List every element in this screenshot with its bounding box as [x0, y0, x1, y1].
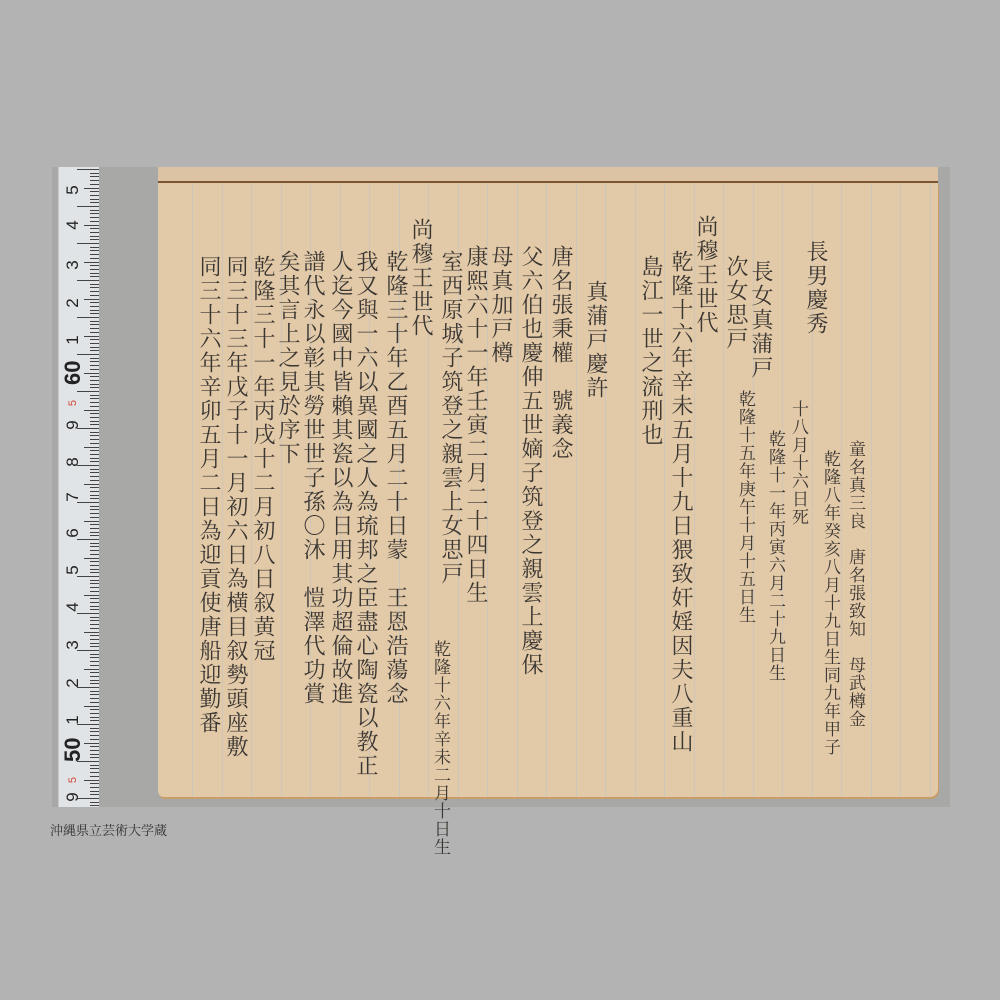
ruler-tick	[84, 484, 99, 485]
ruler-tick	[90, 506, 99, 507]
handwritten-column: 真蒲戸慶許	[583, 280, 607, 400]
ruler-tick	[90, 247, 99, 248]
ruler-tick	[90, 221, 99, 222]
ruler-tick	[90, 306, 99, 307]
ruler-tick	[90, 757, 99, 758]
ruler-tick	[90, 657, 99, 658]
handwritten-column: 乾隆十五年庚午十月十五日生	[733, 390, 757, 624]
ruler-tick	[90, 524, 99, 525]
ruler-tick	[90, 480, 99, 481]
ruler-tick	[90, 376, 99, 377]
ruler-tick	[84, 632, 99, 633]
ruler-tick	[90, 532, 99, 533]
ruler-tick	[77, 391, 99, 392]
ruler-label: 4	[63, 597, 83, 617]
ruler-tick	[90, 794, 99, 795]
ruler-tick	[90, 413, 99, 414]
ruler-tick	[90, 461, 99, 462]
page-rule-line	[635, 183, 636, 797]
ruler-tick	[90, 369, 99, 370]
ruler-tick	[90, 236, 99, 237]
ruler-tick	[90, 191, 99, 192]
ruler-tick	[84, 373, 99, 374]
ruler-tick	[90, 228, 99, 229]
ruler-tick	[90, 739, 99, 740]
ruler-tick	[90, 387, 99, 388]
ruler-tick	[90, 546, 99, 547]
ruler-tick	[90, 569, 99, 570]
ruler-tick	[90, 469, 99, 470]
ruler-tick	[90, 324, 99, 325]
ruler-tick	[90, 402, 99, 403]
handwritten-column: 長女真蒲戸	[748, 260, 772, 380]
ruler-label: 9	[63, 415, 83, 435]
ruler-tick	[90, 339, 99, 340]
ruler-tick	[90, 398, 99, 399]
collection-credit: 沖縄県立芸術大学蔵	[50, 820, 167, 839]
measuring-ruler: 543216059876543215059	[58, 167, 99, 807]
ruler-tick	[84, 262, 99, 263]
handwritten-column: 乾隆三十一年丙戌十二月初八日叙黄冠	[250, 255, 274, 663]
ruler-tick	[90, 802, 99, 803]
ruler-tick	[90, 609, 99, 610]
ruler-tick	[90, 180, 99, 181]
ruler-tick	[90, 694, 99, 695]
ruler-tick	[90, 239, 99, 240]
ruler-tick	[90, 598, 99, 599]
ruler-tick	[90, 232, 99, 233]
page-rule-line	[605, 183, 606, 797]
ruler-tick	[90, 184, 99, 185]
ruler-tick	[90, 495, 99, 496]
ruler-tick	[90, 287, 99, 288]
ruler-tick	[77, 243, 99, 244]
ruler-tick	[90, 754, 99, 755]
ruler-tick	[90, 513, 99, 514]
ruler-tick	[90, 683, 99, 684]
page-rule-line	[576, 183, 577, 797]
ruler-label: 2	[63, 293, 83, 313]
ruler-tick	[90, 731, 99, 732]
ruler-tick	[77, 169, 99, 170]
ruler-tick	[84, 780, 99, 781]
ruler-tick	[90, 561, 99, 562]
ruler-tick	[84, 595, 99, 596]
ruler-tick	[90, 628, 99, 629]
ruler-tick	[90, 258, 99, 259]
ruler-tick	[90, 720, 99, 721]
ruler-label: 9	[63, 787, 83, 807]
ruler-tick	[90, 528, 99, 529]
ruler-tick	[90, 273, 99, 274]
ruler-tick	[90, 535, 99, 536]
ruler-tick	[90, 435, 99, 436]
ruler-tick	[84, 188, 99, 189]
ruler-tick	[90, 432, 99, 433]
ruler-tick	[90, 210, 99, 211]
ruler-tick	[90, 776, 99, 777]
ruler-label: 3	[63, 635, 83, 655]
ruler-tick	[90, 750, 99, 751]
ruler-tick	[90, 202, 99, 203]
ruler-tick	[84, 669, 99, 670]
ruler-tick	[90, 217, 99, 218]
ruler-tick	[90, 295, 99, 296]
ruler-tick	[90, 591, 99, 592]
ruler-tick	[90, 313, 99, 314]
ruler-label: 4	[63, 215, 83, 235]
ruler-tick	[90, 602, 99, 603]
ruler-tick	[90, 284, 99, 285]
ruler-tick	[90, 213, 99, 214]
ruler-tick	[90, 698, 99, 699]
handwritten-column: 我又與一六以異國之人為琉邦之臣盡心陶瓷以教正	[353, 250, 377, 778]
ruler-tick	[90, 421, 99, 422]
ruler-tick	[90, 691, 99, 692]
handwritten-column: 譜代永以彰其勞世世子孫〇沐 愷澤代功賞	[300, 250, 324, 706]
ruler-tick	[90, 176, 99, 177]
ruler-tick	[90, 580, 99, 581]
ruler-tick	[84, 336, 99, 337]
ruler-tick	[90, 450, 99, 451]
handwritten-column: 乾隆十一年丙寅六月二十九日生	[763, 430, 787, 682]
ruler-tick	[90, 380, 99, 381]
handwritten-column: 同三十三年戊子十一月初六日為横目叙勢頭座敷	[223, 255, 247, 759]
ruler-tick	[77, 206, 99, 207]
ruler-tick	[90, 783, 99, 784]
handwritten-column: 乾隆三十年乙酉五月二十日蒙 王恩浩蕩念	[383, 250, 407, 706]
ruler-tick	[90, 768, 99, 769]
page-rule-line	[871, 183, 872, 797]
ruler-tick	[90, 587, 99, 588]
ruler-label: 50	[63, 742, 83, 762]
ruler-tick	[90, 554, 99, 555]
ruler-label: 1	[63, 710, 83, 730]
handwritten-column: 乾隆八年癸亥八月十九日生同九年甲子	[818, 450, 842, 756]
ruler-label: 5	[63, 393, 83, 413]
ruler-tick	[90, 509, 99, 510]
ruler-tick	[90, 617, 99, 618]
handwritten-column: 尚穆王世代	[408, 218, 432, 338]
ruler-tick	[90, 476, 99, 477]
ruler-tick	[90, 498, 99, 499]
ruler-tick	[90, 517, 99, 518]
ruler-tick	[90, 572, 99, 573]
ruler-tick	[90, 458, 99, 459]
ruler-label: 6	[63, 523, 83, 543]
ruler-tick	[90, 358, 99, 359]
ruler-tick	[90, 491, 99, 492]
ruler-tick	[90, 406, 99, 407]
ruler-tick	[90, 361, 99, 362]
ruler-label: 5	[63, 180, 83, 200]
ruler-tick	[90, 661, 99, 662]
ruler-tick	[84, 225, 99, 226]
ruler-tick	[90, 343, 99, 344]
ruler-tick	[90, 654, 99, 655]
ruler-tick	[90, 454, 99, 455]
ruler-tick	[90, 665, 99, 666]
ruler-tick	[90, 173, 99, 174]
handwritten-column: 十八月十六日死	[786, 400, 810, 526]
handwritten-column: 母真加戸樽	[488, 245, 512, 365]
ruler-tick	[84, 410, 99, 411]
ruler-tick	[90, 384, 99, 385]
ruler-tick	[77, 280, 99, 281]
ruler-label: 2	[63, 673, 83, 693]
handwritten-column: 人迄今國中皆賴其瓷以為日用其功超倫故進	[328, 250, 352, 706]
ruler-tick	[90, 291, 99, 292]
page-rule-line	[192, 183, 193, 797]
ruler-tick	[90, 395, 99, 396]
ruler-tick	[90, 199, 99, 200]
ruler-tick	[90, 717, 99, 718]
ruler-tick	[90, 728, 99, 729]
ruler-tick	[90, 254, 99, 255]
ruler-tick	[90, 765, 99, 766]
ruler-label: 8	[63, 452, 83, 472]
ruler-tick	[90, 332, 99, 333]
underlying-page-edge	[158, 167, 938, 184]
ruler-tick	[84, 447, 99, 448]
ruler-tick	[90, 791, 99, 792]
ruler-tick	[90, 265, 99, 266]
ruler-tick	[84, 299, 99, 300]
ruler-tick	[90, 350, 99, 351]
handwritten-column: 室西原城子筑登之親雲上女思戸	[438, 250, 462, 586]
ruler-tick	[84, 706, 99, 707]
handwritten-column: 童名真三良 唐名張致知 母武樽金	[843, 440, 867, 728]
ruler-label: 7	[63, 487, 83, 507]
page-rule-line	[664, 183, 665, 797]
handwritten-column: 島江一世之流刑也	[638, 255, 662, 447]
ruler-tick	[90, 713, 99, 714]
ruler-tick	[90, 680, 99, 681]
ruler-tick	[77, 354, 99, 355]
ruler-label: 3	[63, 255, 83, 275]
ruler-tick	[90, 620, 99, 621]
ruler-tick	[90, 624, 99, 625]
handwritten-column: 父六伯也慶伸五世嫡子筑登之親雲上慶保	[518, 245, 542, 677]
handwritten-column: 同三十六年辛卯五月二日為迎貢使唐船迎勤番	[196, 255, 220, 735]
ruler-tick	[90, 787, 99, 788]
ruler-tick	[90, 487, 99, 488]
ruler-tick	[90, 702, 99, 703]
handwritten-column: 尚穆王世代	[693, 215, 717, 335]
ruler-tick	[84, 558, 99, 559]
ruler-tick	[90, 550, 99, 551]
ruler-tick	[84, 521, 99, 522]
ruler-tick	[90, 639, 99, 640]
ruler-tick	[90, 424, 99, 425]
ruler-tick	[90, 321, 99, 322]
ruler-tick	[90, 276, 99, 277]
handwritten-column: 次女思戸	[723, 255, 747, 351]
ruler-tick	[90, 805, 99, 806]
ruler-tick	[90, 250, 99, 251]
ruler-tick	[90, 772, 99, 773]
ruler-tick	[90, 195, 99, 196]
page-rule-line	[900, 183, 901, 797]
ruler-tick	[90, 365, 99, 366]
ruler-tick	[90, 643, 99, 644]
ruler-tick	[90, 635, 99, 636]
ruler-tick	[90, 646, 99, 647]
ruler-tick	[90, 735, 99, 736]
ruler-tick	[77, 317, 99, 318]
ruler-tick	[90, 583, 99, 584]
ruler-tick	[90, 709, 99, 710]
handwritten-column: 矣其言上之見於序下	[275, 250, 299, 466]
ruler-tick	[90, 328, 99, 329]
handwritten-column: 長男慶秀	[803, 240, 827, 336]
ruler-tick	[90, 439, 99, 440]
ruler-label: 60	[63, 365, 83, 385]
handwritten-column: 康熙六十一年壬寅二月二十四日生	[463, 245, 487, 605]
ruler-tick	[90, 565, 99, 566]
ruler-tick	[84, 743, 99, 744]
ruler-tick	[90, 672, 99, 673]
ruler-tick	[90, 269, 99, 270]
ruler-tick	[90, 472, 99, 473]
ruler-label: 1	[63, 330, 83, 350]
ruler-tick	[90, 347, 99, 348]
ruler-tick	[90, 676, 99, 677]
ruler-label: 5	[63, 560, 83, 580]
ruler-tick	[90, 746, 99, 747]
ruler-tick	[90, 606, 99, 607]
handwritten-column: 唐名張秉權 號義念	[548, 245, 572, 461]
ruler-tick	[90, 443, 99, 444]
handwritten-column: 乾隆十六年辛未二月十日生	[428, 640, 452, 856]
notebook-page: 長男慶秀童名真三良 唐名張致知 母武樽金乾隆八年癸亥八月十九日生同九年甲子十八月…	[158, 183, 938, 797]
ruler-tick	[90, 417, 99, 418]
ruler-tick	[90, 310, 99, 311]
ruler-tick	[90, 543, 99, 544]
page-rule-line	[546, 183, 547, 797]
handwritten-column: 乾隆十六年辛未五月十九日猥致奸婬因夫八重山	[668, 250, 692, 754]
ruler-tick	[90, 302, 99, 303]
page-rule-line	[930, 183, 931, 797]
